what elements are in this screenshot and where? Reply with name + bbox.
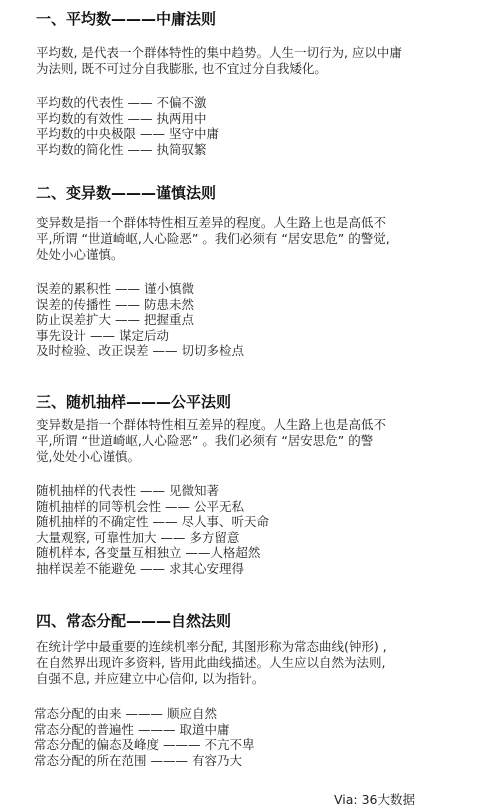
list-item: 平均数的有效性 —— 执两用中 [36,111,437,127]
list-item: 常态分配的由来 ——— 顺应自然 [34,706,437,722]
paragraph-line: 自强不息, 并应建立中心信仰, 以为指针。 [36,671,437,687]
list-item: 防止误差扩大 —— 把握重点 [36,312,437,328]
paragraph-line: 在统计学中最重要的连续机率分配, 其图形称为常态曲线(钟形) , [36,639,437,655]
section-paragraph: 平均数, 是代表一个群体特性的集中趋势。人生一切行为, 应以中庸 为法则, 既不… [36,45,437,77]
list-item: 及时检验、改正误差 —— 切切多检点 [36,343,437,359]
paragraph-line: 在自然界出现许多资料, 皆用此曲线描述。人生应以自然为法则, [36,655,437,671]
list-item: 事先设计 —— 谋定后动 [36,328,437,344]
list-item: 抽样误差不能避免 —— 求其心安理得 [36,561,437,577]
section-paragraph: 变异数是指一个群体特性相互差异的程度。人生路上也是高低不 平,所谓 “世道崎岖,… [36,215,437,263]
paragraph-line: 觉,处处小心谨慎。 [36,449,437,465]
list-item: 误差的累积性 —— 谨小慎微 [36,281,437,297]
list-item: 随机样本, 各变量互相独立 ——人格超然 [36,545,437,561]
list-item: 误差的传播性 —— 防患未然 [36,297,437,313]
list-item: 常态分配的所在范围 ——— 有容乃大 [34,753,437,769]
list-item: 平均数的代表性 —— 不偏不激 [36,95,437,111]
principle-list: 随机抽样的代表性 —— 见微知著 随机抽样的同等机会性 —— 公平无私 随机抽样… [36,483,437,576]
list-item: 平均数的简化性 —— 执简驭繁 [36,142,437,158]
paragraph-line: 平,所谓 “世道崎岖,人心险恶” 。我们必须有 “居安思危” 的警觉, [36,231,437,247]
paragraph-line: 变异数是指一个群体特性相互差异的程度。人生路上也是高低不 [36,215,437,231]
section-heading: 四、常态分配———自然法则 [36,611,437,631]
paragraph-line: 平均数, 是代表一个群体特性的集中趋势。人生一切行为, 应以中庸 [36,45,437,61]
list-item: 随机抽样的代表性 —— 见微知著 [36,483,437,499]
principle-list: 常态分配的由来 ——— 顺应自然 常态分配的普遍性 ——— 取道中庸 常态分配的… [34,706,437,768]
paragraph-line: 为法则, 既不可过分自我膨胀, 也不宜过分自我矮化。 [36,61,437,77]
paragraph-line: 平,所谓 “世道崎岖,人心险恶” 。我们必须有 “居安思危” 的警 [36,433,437,449]
section-heading: 三、随机抽样———公平法则 [36,392,437,412]
paragraph-line: 处处小心谨慎。 [36,247,437,263]
list-item: 平均数的中央极限 —— 坚守中庸 [36,126,437,142]
source-credit: Via: 36大数据 [334,790,415,808]
list-item: 常态分配的普遍性 ——— 取道中庸 [34,722,437,738]
section-paragraph: 在统计学中最重要的连续机率分配, 其图形称为常态曲线(钟形) , 在自然界出现许… [36,639,437,687]
section-paragraph: 变异数是指一个群体特性相互差异的程度。人生路上也是高低不 平,所谓 “世道崎岖,… [36,417,437,465]
section-mean: 一、平均数———中庸法则 平均数, 是代表一个群体特性的集中趋势。人生一切行为,… [36,9,437,157]
list-item: 常态分配的偏态及峰度 ——— 不亢不卑 [34,737,437,753]
list-item: 大量观察, 可靠性加大 —— 多方留意 [36,530,437,546]
section-heading: 二、变异数———谨慎法则 [36,183,437,203]
section-heading: 一、平均数———中庸法则 [36,9,437,29]
principle-list: 平均数的代表性 —— 不偏不激 平均数的有效性 —— 执两用中 平均数的中央极限… [36,95,437,157]
list-item: 随机抽样的同等机会性 —— 公平无私 [36,499,437,515]
principle-list: 误差的累积性 —— 谨小慎微 误差的传播性 —— 防患未然 防止误差扩大 —— … [36,281,437,359]
section-variance: 二、变异数———谨慎法则 变异数是指一个群体特性相互差异的程度。人生路上也是高低… [36,183,437,359]
list-item: 随机抽样的不确定性 —— 尽人事、听天命 [36,514,437,530]
section-normal-distribution: 四、常态分配———自然法则 在统计学中最重要的连续机率分配, 其图形称为常态曲线… [36,611,437,768]
paragraph-line: 变异数是指一个群体特性相互差异的程度。人生路上也是高低不 [36,417,437,433]
section-random-sampling: 三、随机抽样———公平法则 变异数是指一个群体特性相互差异的程度。人生路上也是高… [36,392,437,576]
